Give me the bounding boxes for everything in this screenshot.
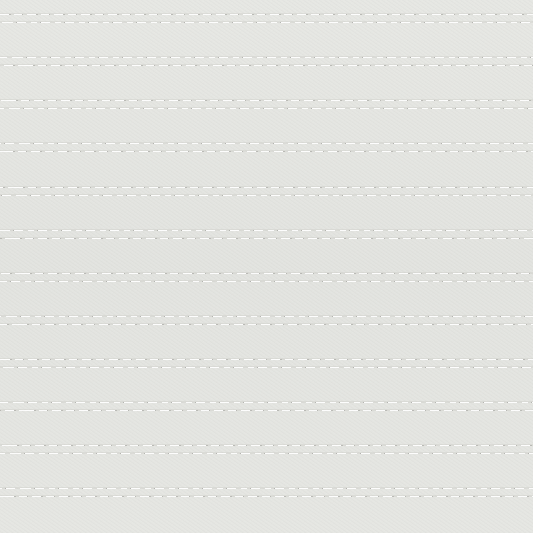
- metallic-pinstripe: [0, 108, 533, 109]
- metallic-pinstripe: [0, 143, 533, 144]
- metallic-pinstripe: [0, 453, 533, 454]
- metallic-pinstripe: [0, 230, 533, 231]
- metallic-pinstripe: [0, 65, 533, 66]
- metallic-pinstripe: [0, 402, 533, 403]
- metallic-pinstripe: [0, 281, 533, 282]
- metallic-pinstripe: [0, 57, 533, 58]
- metallic-pinstripe: [0, 14, 533, 15]
- metallic-pinstripe: [0, 367, 533, 368]
- metallic-pinstripe: [0, 100, 533, 101]
- metallic-pinstripe: [0, 195, 533, 196]
- metallic-pinstripe: [0, 273, 533, 274]
- metallic-pinstripe: [0, 488, 533, 489]
- metallic-pinstripe: [0, 187, 533, 188]
- metallic-pinstripe: [0, 410, 533, 411]
- metallic-pinstripe: [0, 359, 533, 360]
- metallic-pinstripe: [0, 151, 533, 152]
- metallic-pinstripe: [0, 316, 533, 317]
- fabric-texture: [0, 0, 533, 533]
- metallic-pinstripe: [0, 496, 533, 497]
- metallic-pinstripe: [0, 445, 533, 446]
- metallic-pinstripe: [0, 324, 533, 325]
- metallic-pinstripe: [0, 238, 533, 239]
- metallic-pinstripe: [0, 22, 533, 23]
